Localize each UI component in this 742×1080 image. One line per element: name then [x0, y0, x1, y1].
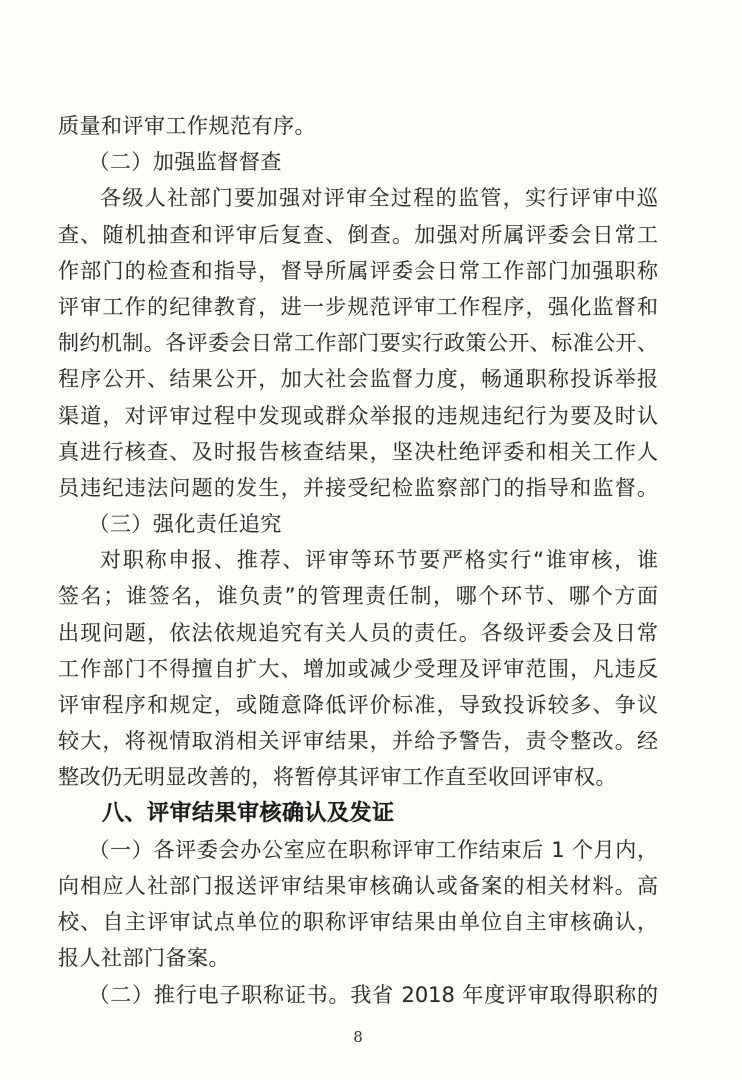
section-heading: 八、评审结果审核确认及发证	[58, 796, 658, 832]
text-line: 程序公开、结果公开，加大社会监督力度，畅通职称投诉举报	[58, 361, 658, 397]
text-line: 报人社部门备案。	[58, 940, 658, 976]
text-line: 评审工作的纪律教育，进一步规范评审工作程序，强化监督和	[58, 289, 658, 325]
text-line: 真进行核查、及时报告核查结果，坚决杜绝评委和相关工作人	[58, 434, 658, 470]
text-line: 渠道，对评审过程中发现或群众举报的违规违纪行为要及时认	[58, 398, 658, 434]
text-line: （二）推行电子职称证书。我省 2018 年度评审取得职称的	[58, 977, 658, 1013]
text-line: 工作部门不得擅自扩大、增加或减少受理及评审范围，凡违反	[58, 651, 658, 687]
text-line: （一）各评委会办公室应在职称评审工作结束后 1 个月内，	[58, 832, 658, 868]
text-line: 对职称申报、推荐、评审等环节要严格实行“谁审核，谁	[58, 542, 658, 578]
text-line: 较大，将视情取消相关评审结果，并给予警告，责令整改。经	[58, 723, 658, 759]
text-line: 员违纪违法问题的发生，并接受纪检监察部门的指导和监督。	[58, 470, 658, 506]
text-line: （三）强化责任追究	[58, 506, 658, 542]
text-line: 校、自主评审试点单位的职称评审结果由单位自主审核确认，	[58, 904, 658, 940]
document-page: 质量和评审工作规范有序。（二）加强监督督查各级人社部门要加强对评审全过程的监管，…	[0, 0, 742, 1080]
text-line: 签名；谁签名，谁负责”的管理责任制，哪个环节、哪个方面	[58, 578, 658, 614]
text-line: 出现问题，依法依规追究有关人员的责任。各级评委会及日常	[58, 615, 658, 651]
text-line: 整改仍无明显改善的，将暂停其评审工作直至收回评审权。	[58, 759, 658, 795]
text-line: 各级人社部门要加强对评审全过程的监管，实行评审中巡	[58, 180, 658, 216]
text-line: 质量和评审工作规范有序。	[58, 108, 658, 144]
text-line: （二）加强监督督查	[58, 144, 658, 180]
text-line: 向相应人社部门报送评审结果审核确认或备案的相关材料。高	[58, 868, 658, 904]
text-line: 查、随机抽查和评审后复查、倒查。加强对所属评委会日常工	[58, 217, 658, 253]
document-body: 质量和评审工作规范有序。（二）加强监督督查各级人社部门要加强对评审全过程的监管，…	[58, 108, 658, 1013]
text-line: 制约机制。各评委会日常工作部门要实行政策公开、标准公开、	[58, 325, 658, 361]
page-number: 8	[58, 1028, 658, 1046]
text-line: 评审程序和规定，或随意降低评价标准，导致投诉较多、争议	[58, 687, 658, 723]
text-line: 作部门的检查和指导，督导所属评委会日常工作部门加强职称	[58, 253, 658, 289]
